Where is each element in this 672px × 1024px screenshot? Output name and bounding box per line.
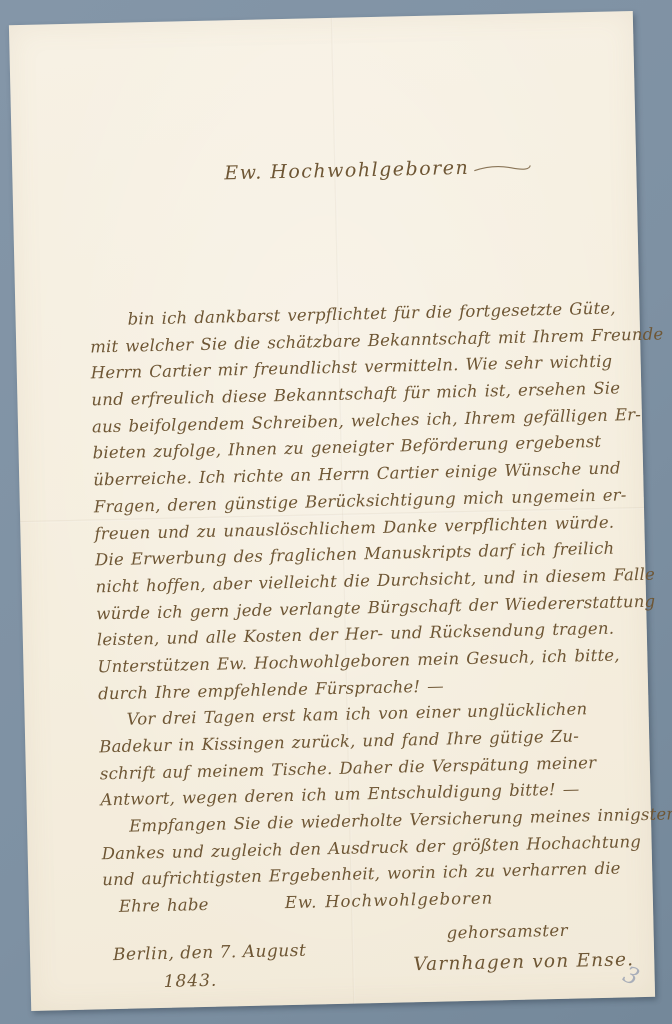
signature: Varnhagen von Ense. xyxy=(413,949,634,975)
closing-address: Ew. Hochwohlgeboren xyxy=(285,886,494,917)
closing-phrase: Ehre habe xyxy=(119,892,209,921)
salutation: Ew. Hochwohlgeboren xyxy=(224,155,531,184)
place-date: Berlin, den 7. August xyxy=(113,941,307,965)
salutation-text: Ew. Hochwohlgeboren xyxy=(224,157,469,185)
salutation-flourish xyxy=(473,161,531,174)
letter-body: bin ich dankbarst verpflichtet für die f… xyxy=(89,296,615,921)
letter-paper: Ew. Hochwohlgeboren bin ich dankbarst ve… xyxy=(9,11,655,1011)
valediction: gehorsamster xyxy=(446,921,568,943)
date-year: 1843. xyxy=(163,971,217,992)
photo-background: Ew. Hochwohlgeboren bin ich dankbarst ve… xyxy=(0,0,672,1024)
